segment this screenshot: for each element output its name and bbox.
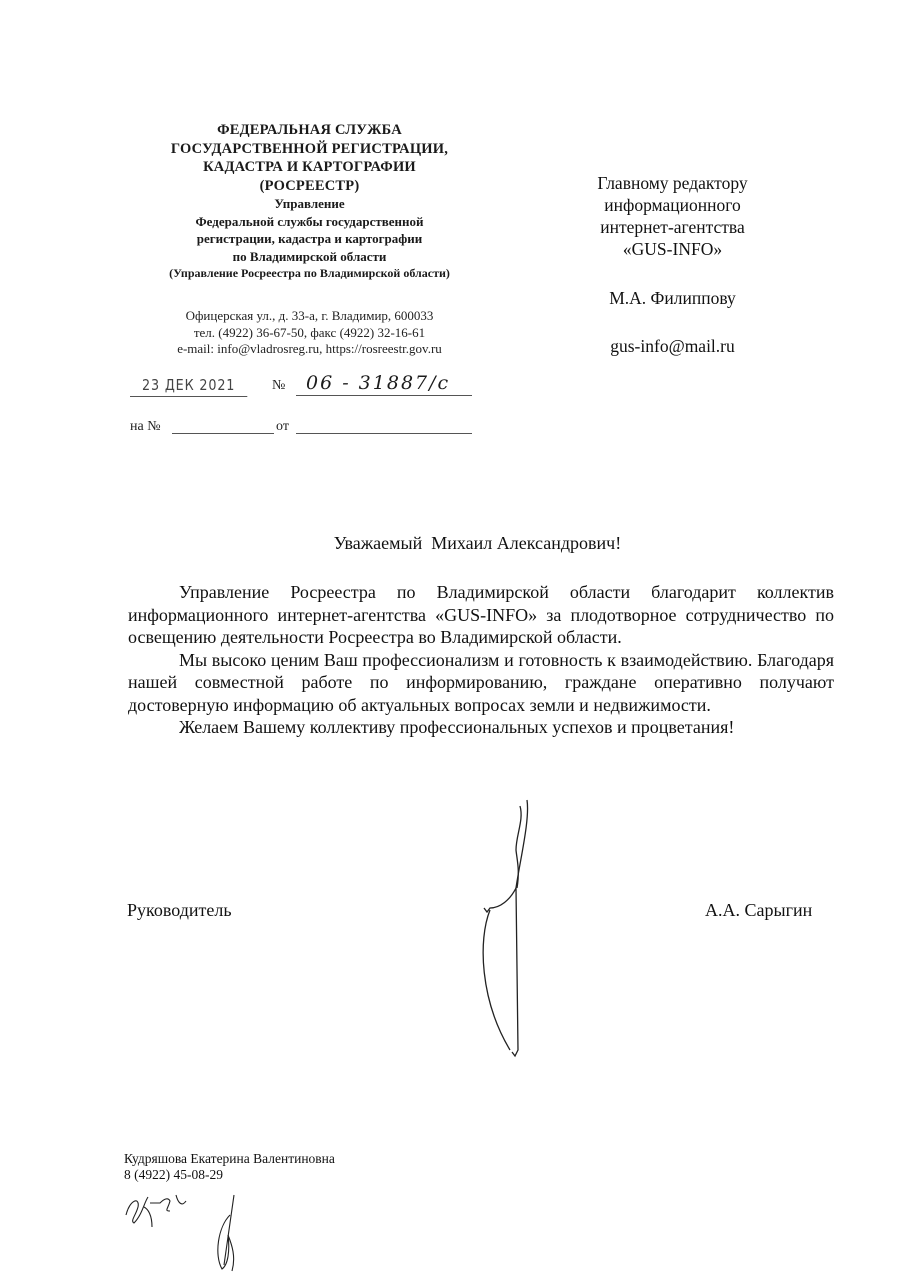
initials-signature-icon (124, 1185, 274, 1275)
executor-info: Кудряшова Екатерина Валентиновна 8 (4922… (124, 1151, 335, 1183)
department-short-name: (Управление Росреестра по Владимирской о… (122, 265, 497, 282)
addressee-line: «GUS-INFO» (555, 238, 790, 260)
letterhead-contacts: Офицерская ул., д. 33-а, г. Владимир, 60… (122, 308, 497, 358)
handwritten-signature-icon (460, 760, 560, 1070)
agency-name-line: КАДАСТРА И КАРТОГРАФИИ (122, 158, 497, 177)
signatory-name: А.А. Сарыгин (705, 900, 812, 921)
addressee-line: информационного (555, 194, 790, 216)
reference-date-label: от (276, 419, 289, 435)
body-paragraph: Управление Росреестра по Владимирской об… (128, 581, 834, 649)
addressee-line: Главному редактору (555, 172, 790, 194)
greeting: Уважаемый Михаил Александрович! (120, 533, 835, 554)
body-paragraph: Мы высоко ценим Ваш профессионализм и го… (128, 649, 834, 717)
department-line: регистрации, кадастра и картографии (122, 230, 497, 248)
registration-number: 06 - 31887/с (296, 370, 472, 396)
reference-row: на № от (130, 415, 475, 437)
body-paragraph: Желаем Вашему коллективу профессиональны… (128, 716, 834, 739)
registration-number-label: № (272, 378, 285, 394)
email-website: e-mail: info@vladrosreg.ru, https://rosr… (122, 341, 497, 358)
addressee-name: М.А. Филиппову (555, 287, 790, 309)
registration-row: 23 ДЕК 2021 № 06 - 31887/с (130, 370, 475, 398)
addressee-line: интернет-агентства (555, 216, 790, 238)
reference-date-blank (296, 433, 472, 434)
letterhead: ФЕДЕРАЛЬНАЯ СЛУЖБА ГОСУДАРСТВЕННОЙ РЕГИС… (122, 121, 497, 282)
signatory-role: Руководитель (127, 900, 232, 921)
executor-phone: 8 (4922) 45-08-29 (124, 1167, 335, 1183)
agency-name-line: ГОСУДАРСТВЕННОЙ РЕГИСТРАЦИИ, (122, 140, 497, 159)
addressee-email: gus-info@mail.ru (555, 335, 790, 357)
department-line: Управление (122, 195, 497, 213)
address: Офицерская ул., д. 33-а, г. Владимир, 60… (122, 308, 497, 325)
letter-body: Управление Росреестра по Владимирской об… (128, 581, 834, 739)
addressee-block: Главному редактору информационного интер… (555, 172, 790, 357)
executor-name: Кудряшова Екатерина Валентиновна (124, 1151, 335, 1167)
reference-number-blank (172, 433, 274, 434)
phone-fax: тел. (4922) 36-67-50, факс (4922) 32-16-… (122, 325, 497, 342)
reference-number-label: на № (130, 419, 161, 435)
agency-name-line: ФЕДЕРАЛЬНАЯ СЛУЖБА (122, 121, 497, 140)
registration-date-stamp: 23 ДЕК 2021 (130, 370, 247, 397)
agency-abbreviation: (РОСРЕЕСТР) (122, 177, 497, 196)
department-line: Федеральной службы государственной (122, 213, 497, 231)
department-line: по Владимирской области (122, 248, 497, 266)
